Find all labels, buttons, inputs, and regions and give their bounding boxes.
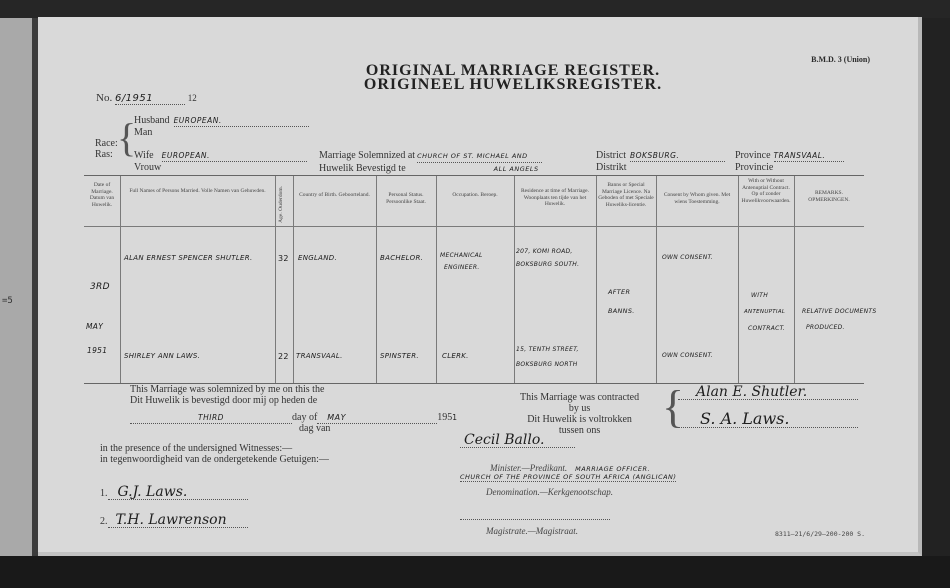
col-banns: Banns or Special Marriage Licence. Na Ge… [596, 176, 657, 383]
remarks-2: PRODUCED. [806, 324, 845, 331]
solemnized-date-line: THIRDday ofMAY1951 [130, 412, 458, 424]
husband-label-af: Man [134, 127, 309, 138]
number-label: No. [96, 92, 112, 104]
antenuptial-1: WITH [751, 292, 768, 299]
wife-race-field: WifeEUROPEAN. Vrouw [134, 150, 307, 173]
husband-country: ENGLAND. [298, 254, 337, 262]
year-suffix: 1 [452, 413, 457, 422]
solemnized-label: Marriage Solemnized at [319, 150, 415, 161]
magistrate-label: Magistrate.—Magistraat. [486, 526, 578, 536]
header-names: Full Names of Persons Married. Volle Nam… [122, 188, 273, 195]
wife-age: 22 [278, 352, 289, 361]
witness-1: 1.G.J. Laws. [100, 487, 248, 500]
header-date: Date of Marriage. Datum van Huwelik. [86, 182, 118, 208]
husband-consent: OWN CONSENT. [662, 254, 713, 261]
col-remarks: REMARKS. OPMERKINGEN. [794, 176, 864, 383]
antenuptial-3: CONTRACT. [748, 325, 785, 332]
witnesses-line-af: in tegenwoordigheid van de ondergetekend… [100, 454, 329, 465]
adjacent-page: =5 [0, 18, 32, 563]
solemnized-statement: This Marriage was solemnized by me on th… [130, 384, 324, 406]
header-remarks: REMARKS. OPMERKINGEN. [796, 190, 862, 203]
register-number: No. 6/1951 12 [96, 93, 197, 105]
contracted-line-2: by us [520, 403, 639, 414]
header-antenuptial: With or Without Antenuptial Contract. Op… [740, 178, 792, 204]
witness-1-signature: G.J. Laws. [118, 484, 188, 500]
header-country: Country of Birth. Geboorteland. [295, 192, 374, 199]
race-label: Race: Ras: [95, 138, 118, 160]
number-suffix: 12 [188, 93, 197, 103]
witnesses-line-en: in the presence of the undersigned Witne… [100, 443, 329, 454]
district-label: District [596, 150, 626, 161]
solemnized-month-value: MAY [327, 413, 346, 422]
solemnized-line-af: Dit Huwelik is bevestigd door mij op hed… [130, 395, 324, 406]
solemnized-value-1: CHURCH OF St. MICHAEL AND [417, 151, 542, 163]
form-code: B.M.D. 3 (Union) [811, 55, 870, 64]
witness-2: 2.T.H. Lawrenson [100, 515, 248, 528]
remarks-1: RELATIVE DOCUMENTS [802, 308, 876, 315]
solemnized-day-value: THIRD [198, 413, 224, 422]
book-top-edge [0, 0, 950, 18]
wife-status: SPINSTER. [380, 352, 419, 360]
wife-residence-1: 15, TENTH STREET, [516, 346, 579, 353]
background-right [922, 18, 950, 578]
husband-label: Husband [134, 115, 170, 126]
wife-label: Wife [134, 150, 154, 161]
print-code: 8311—21/6/29—200-200 S. [775, 530, 865, 538]
district-value: BOKSBURG. [630, 150, 725, 162]
husband-signature: Alan E. Shutler. [696, 384, 807, 400]
date-year: 1951 [87, 346, 107, 355]
wife-signature: S. A. Laws. [700, 409, 789, 428]
date-month: MAY [86, 322, 103, 331]
header-status: Personal Status. Persoonlike Staat. [378, 192, 434, 205]
wife-name: SHIRLEY ANN LAWS. [124, 352, 200, 360]
witnesses-statement: in the presence of the undersigned Witne… [100, 443, 329, 465]
wife-label-af: Vrouw [134, 162, 307, 173]
wife-country: TRANSVAAL. [296, 352, 343, 360]
province-value: TRANSVAAL. [774, 150, 844, 162]
date-day: 3rd [90, 282, 110, 292]
witness-2-number: 2. [100, 516, 108, 527]
background-bottom [0, 556, 950, 588]
wife-consent: OWN CONSENT. [662, 352, 713, 359]
year-prefix: 195 [437, 412, 452, 423]
day-of-label: day of [292, 412, 317, 423]
minister-label: Minister.—Predikant. [490, 463, 567, 473]
dag-van-label: dag van [299, 423, 330, 434]
denomination-label: Denomination.—Kerkgenootschap. [486, 487, 613, 497]
contracted-line-1: This Marriage was contracted [520, 392, 639, 403]
solemnized-label-af: Huwelik Bevestigd te [319, 163, 406, 174]
district-label-af: Distrikt [596, 162, 725, 173]
page-title: ORIGINAL MARRIAGE REGISTER. ORIGINEEL HU… [328, 64, 698, 92]
solemnized-line-en: This Marriage was solemnized by me on th… [130, 384, 324, 395]
husband-occupation-1: MECHANICAL [440, 252, 483, 259]
wife-race-value: EUROPEAN. [162, 150, 307, 162]
banns-1: AFTER [608, 288, 630, 296]
race-label-af: Ras: [95, 149, 118, 160]
left-page-mark: =5 [2, 296, 13, 306]
header-occupation: Occupation. Beroep. [438, 192, 512, 199]
number-value: 6/1951 [115, 93, 185, 105]
husband-residence-1: 207, KOMI ROAD, [516, 248, 573, 255]
banns-2: BANNS. [608, 307, 635, 315]
solemnized-value-2: ALL ANGELS [494, 165, 539, 173]
wife-signature-line: S. A. Laws. [678, 413, 858, 428]
husband-residence-2: BOKSBURG SOUTH. [516, 261, 579, 268]
district-field: DistrictBOKSBURG. Distrikt [596, 150, 725, 173]
title-afrikaans: ORIGINEEL HUWELIKSREGISTER. [328, 78, 698, 92]
solemnized-at-field: Marriage Solemnized atCHURCH OF St. MICH… [319, 150, 542, 175]
header-age: Age. Ouderdom. [278, 186, 284, 223]
province-label: Province [735, 150, 771, 161]
magistrate-signature-line [460, 519, 610, 520]
province-field: ProvinceTRANSVAAL. Provincie [735, 150, 844, 173]
husband-occupation-2: ENGINEER. [444, 264, 480, 271]
header-consent: Consent by Whom given. Met wiens Toestem… [658, 192, 736, 205]
husband-age: 32 [278, 254, 289, 263]
col-antenuptial: With or Without Antenuptial Contract. Op… [738, 176, 795, 383]
contracted-line-3: Dit Huwelik is voltrokken [520, 414, 639, 425]
officer-signature-line: Cecil Ballo. [460, 435, 575, 448]
province-label-af: Provincie [735, 162, 844, 173]
header-banns: Banns or Special Marriage Licence. Na Ge… [598, 182, 654, 208]
husband-signature-line: Alan E. Shutler. [678, 387, 858, 400]
denomination-value: CHURCH OF THE PROVINCE OF SOUTH AFRICA (… [460, 473, 676, 482]
antenuptial-2: ANTENUPTIAL [744, 309, 785, 315]
header-residence: Residence at time of Marriage. Woonplaat… [516, 188, 594, 208]
husband-race-field: HusbandEUROPEAN. Man [134, 115, 309, 138]
witness-2-signature: T.H. Lawrenson [116, 512, 227, 528]
wife-residence-2: BOKSBURG NORTH [516, 361, 578, 368]
register-page: ORIGINAL MARRIAGE REGISTER. ORIGINEEL HU… [38, 17, 922, 556]
husband-name: ALAN ERNEST SPENCER SHUTLER. [124, 254, 252, 262]
officer-title-value: MARRIAGE OFFICER. [575, 465, 650, 473]
witness-1-number: 1. [100, 488, 108, 499]
contracted-statement: This Marriage was contracted by us Dit H… [520, 392, 639, 436]
race-label-en: Race: [95, 138, 118, 149]
officer-signature: Cecil Ballo. [464, 432, 544, 448]
marriage-register-table: Date of Marriage. Datum van Huwelik. Ful… [84, 175, 864, 384]
husband-race-value: EUROPEAN. [174, 115, 309, 127]
husband-status: BACHELOR. [380, 254, 423, 262]
wife-occupation: CLERK. [442, 352, 469, 360]
